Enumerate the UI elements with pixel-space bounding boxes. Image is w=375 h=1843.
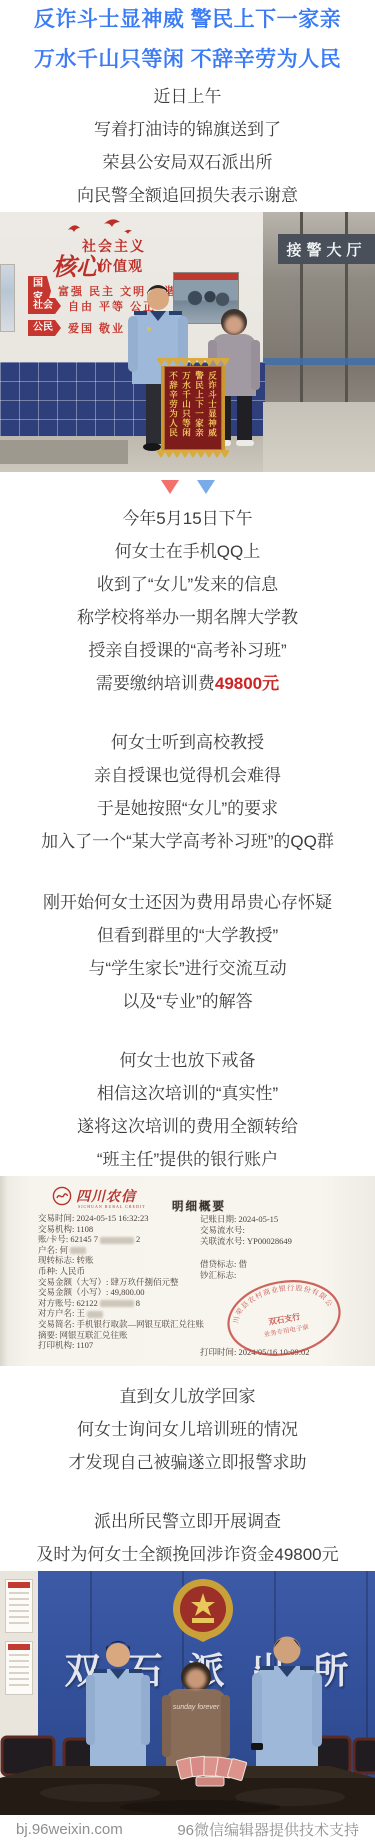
receipt-left-column: 交易时间: 2024-05-15 16:32:23 交易机构: 1108 账/卡… bbox=[38, 1213, 204, 1351]
receipt-field: 对方账号: 621228 bbox=[38, 1298, 204, 1309]
police-officer-left-figure bbox=[86, 1641, 150, 1771]
intro-line: 荣县公安局双石派出所 bbox=[0, 146, 375, 179]
story-line: 相信这次培训的“真实性” bbox=[0, 1077, 375, 1110]
story-line: 以及“专业”的解答 bbox=[0, 985, 375, 1018]
receipt-field: 币种: 人民币 bbox=[38, 1266, 204, 1277]
divider-triangle-blue bbox=[197, 480, 215, 494]
receipt-field: 对方户名: 王 bbox=[38, 1308, 204, 1319]
woman-suspect-figure: sunday forever bbox=[162, 1662, 230, 1771]
story-line: 刚开始何女士还因为费用昂贵心存怀疑 bbox=[0, 886, 375, 919]
banner-text-column: 反诈斗士显神威 bbox=[208, 371, 218, 445]
receipt-field: 交易流水号: bbox=[200, 1225, 292, 1236]
receipt-field: 现转标志: 转账 bbox=[38, 1255, 204, 1266]
receipt-field: 借贷标志: 借 bbox=[200, 1259, 292, 1270]
intro-line: 向民警全额追回损失表示谢意 bbox=[0, 179, 375, 212]
banner-text-column: 万水千山只等闲 bbox=[182, 371, 192, 445]
story-line: 才发现自己被骗遂立即报警求助 bbox=[0, 1446, 375, 1479]
bank-subtitle: SICHUAN RURAL CREDIT bbox=[78, 1204, 146, 1209]
bank-receipt-image[interactable]: 四川农信 SICHUAN RURAL CREDIT 明细概要 交易时间: 202… bbox=[0, 1176, 375, 1366]
bank-logo: 四川农信 bbox=[52, 1186, 136, 1206]
receipt-field: 打印机构: 1107 bbox=[38, 1340, 204, 1351]
redaction-blur bbox=[100, 1300, 134, 1307]
receipt-field: 交易金额（大写）: 肆万玖仟捌佰元整 bbox=[38, 1277, 204, 1288]
receipt-field: 交易简名: 手机银行取款—网银互联汇兑往账 bbox=[38, 1319, 204, 1330]
story-line: 何女士询问女儿培训班的情况 bbox=[0, 1413, 375, 1446]
story-section-5: 直到女儿放学回家 何女士询问女儿培训班的情况 才发现自己被骗遂立即报警求助 bbox=[0, 1380, 375, 1479]
station-scene: sunday forever bbox=[0, 1571, 375, 1815]
story-line: “班主任”提供的银行账户 bbox=[0, 1143, 375, 1176]
divider-triangle-red bbox=[161, 480, 179, 494]
police-emblem bbox=[173, 1579, 233, 1642]
receipt-field: 户名: 何 bbox=[38, 1245, 204, 1256]
banner-bottom-fringe bbox=[157, 450, 229, 458]
receipt-field: 账/卡号: 62145 72 bbox=[38, 1234, 204, 1245]
fee-amount: 49800元 bbox=[215, 674, 279, 693]
banner-top-fringe bbox=[157, 358, 229, 366]
award-banner: 反诈斗士显神威 警民上下一家亲 万水千山只等闲 不辞辛劳为人民 bbox=[156, 358, 230, 458]
story-line: 授亲自授课的“高考补习班” bbox=[0, 634, 375, 667]
story-section-2: 何女士听到高校教授 亲自授课也觉得机会难得 于是她按照“女儿”的要求 加入了一个… bbox=[0, 726, 375, 858]
receipt-field: 交易机构: 1108 bbox=[38, 1224, 204, 1235]
redaction-blur bbox=[70, 1247, 86, 1254]
story-line: 遂将这次培训的费用全额转给 bbox=[0, 1110, 375, 1143]
receipt-field: 交易金额（小写）: 49,800.00 bbox=[38, 1287, 204, 1298]
story-line: 但看到群里的“大学教授” bbox=[0, 919, 375, 952]
intro-line: 写着打油诗的锦旗送到了 bbox=[0, 113, 375, 146]
shirt-text: sunday forever bbox=[173, 1704, 220, 1711]
title-line-2: 万水千山只等闲 不辞辛劳为人民 bbox=[0, 40, 375, 80]
story-line: 收到了“女儿”发来的信息 bbox=[0, 568, 375, 601]
story-line: 与“学生家长”进行交流互动 bbox=[0, 952, 375, 985]
bank-name: 四川农信 bbox=[76, 1186, 136, 1206]
police-officer-right-figure bbox=[251, 1637, 322, 1772]
story-line: 何女士在手机QQ上 bbox=[0, 535, 375, 568]
story-line: 及时为何女士全额挽回涉诈资金49800元 bbox=[0, 1538, 375, 1571]
stamp-branch: 双石支行 bbox=[268, 1311, 301, 1326]
photo-police-station[interactable]: 双石派出所 bbox=[0, 1571, 375, 1815]
section-divider bbox=[0, 472, 375, 502]
receipt-field: 摘要: 网银互联汇兑往账 bbox=[38, 1330, 204, 1341]
redaction-blur bbox=[87, 1311, 103, 1318]
story-line: 何女士听到高校教授 bbox=[0, 726, 375, 759]
title-line-1: 反诈斗士显神威 警民上下一家亲 bbox=[0, 0, 375, 40]
footer-credit-text: 96微信编辑器提供技术支持 bbox=[177, 1819, 359, 1840]
receipt-field: 记账日期: 2024-05-15 bbox=[200, 1214, 292, 1225]
receipt-right-column: 记账日期: 2024-05-15 交易流水号: 关联流水号: YP0002864… bbox=[200, 1214, 292, 1281]
story-line: 称学校将举办一期名牌大学教 bbox=[0, 601, 375, 634]
article-title: 反诈斗士显神威 警民上下一家亲 万水千山只等闲 不辞辛劳为人民 bbox=[0, 0, 375, 80]
story-line: 于是她按照“女儿”的要求 bbox=[0, 792, 375, 825]
receipt-field: 关联流水号: YP00028649 bbox=[200, 1236, 292, 1247]
story-section-6: 派出所民警立即开展调查 及时为何女士全额挽回涉诈资金49800元 bbox=[0, 1505, 375, 1571]
intro-line: 近日上午 bbox=[0, 80, 375, 113]
receipt-field: 交易时间: 2024-05-15 16:32:23 bbox=[38, 1213, 204, 1224]
intro-section: 近日上午 写着打油诗的锦旗送到了 荣县公安局双石派出所 向民警全额追回损失表示谢… bbox=[0, 80, 375, 212]
banner-body: 反诈斗士显神威 警民上下一家亲 万水千山只等闲 不辞辛劳为人民 bbox=[161, 366, 225, 450]
banner-text-column: 警民上下一家亲 bbox=[195, 371, 205, 445]
photo-banner-presentation[interactable]: 社会主义 核心 价值观 国家 富强 民主 文明 和谐 社会 自由 平等 公正 公… bbox=[0, 212, 375, 472]
article-page: 反诈斗士显神威 警民上下一家亲 万水千山只等闲 不辞辛劳为人民 近日上午 写着打… bbox=[0, 0, 375, 1843]
story-line: 加入了一个“某大学高考补习班”的QQ群 bbox=[0, 825, 375, 858]
story-line-fee: 需要缴纳培训费49800元 bbox=[0, 667, 375, 700]
story-line: 何女士也放下戒备 bbox=[0, 1044, 375, 1077]
banner-text-column: 不辞辛劳为人民 bbox=[169, 371, 179, 445]
story-section-1: 今年5月15日下午 何女士在手机QQ上 收到了“女儿”发来的信息 称学校将举办一… bbox=[0, 502, 375, 700]
story-line: 亲自授课也觉得机会难得 bbox=[0, 759, 375, 792]
redaction-blur bbox=[100, 1237, 134, 1244]
page-footer: bj.96weixin.com 96微信编辑器提供技术支持 bbox=[0, 1815, 375, 1843]
story-section-4: 何女士也放下戒备 相信这次培训的“真实性” 遂将这次培训的费用全额转给 “班主任… bbox=[0, 1044, 375, 1176]
footer-site-link[interactable]: bj.96weixin.com bbox=[16, 1821, 123, 1838]
bank-logo-icon bbox=[52, 1186, 72, 1206]
story-section-3: 刚开始何女士还因为费用昂贵心存怀疑 但看到群里的“大学教授” 与“学生家长”进行… bbox=[0, 886, 375, 1018]
story-line: 派出所民警立即开展调查 bbox=[0, 1505, 375, 1538]
story-line: 今年5月15日下午 bbox=[0, 502, 375, 535]
story-line: 直到女儿放学回家 bbox=[0, 1380, 375, 1413]
receipt-title: 明细概要 bbox=[172, 1198, 226, 1214]
fee-prefix: 需要缴纳培训费 bbox=[96, 674, 215, 693]
